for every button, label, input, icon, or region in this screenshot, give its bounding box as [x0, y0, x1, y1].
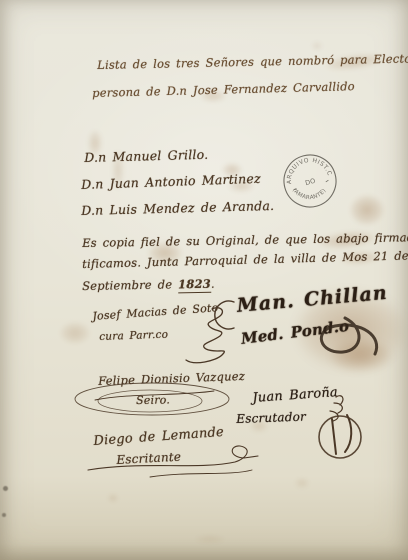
diego-underline-second — [150, 470, 252, 477]
ink-stain — [312, 42, 322, 50]
edge-speck — [2, 513, 6, 517]
scanned-manuscript: Lista de los tres Señores que nombró par… — [0, 0, 408, 560]
edge-speck — [3, 486, 8, 491]
certification-line-2: tificamos. Junta Parroquial de la villa … — [82, 248, 408, 271]
paper-sheet: Lista de los tres Señores que nombró par… — [0, 0, 408, 560]
signature-felipe-name: Felipe Dionisio Vazquez — [98, 369, 245, 388]
ink-smudge-large — [330, 340, 392, 372]
signature-diego-title: Escritante — [116, 450, 181, 467]
signature-diego-name: Diego de Lemande — [93, 425, 224, 449]
stamp-center-text: DO — [304, 177, 316, 187]
signature-felipe-title: Seiro. — [136, 393, 170, 407]
stamp-arc-top-text: ARQUIVO HIST.CO — [273, 144, 333, 190]
elector-name-1: D.n Manuel Grillo. — [84, 147, 208, 165]
ink-stain — [108, 494, 118, 502]
ink-stain — [350, 195, 384, 225]
signature-cura-title: cura Parr.co — [99, 329, 168, 343]
signature-juan-name: Juan Baroña — [252, 385, 338, 406]
elector-name-3: D.n Luis Mendez de Aranda. — [81, 198, 274, 218]
signature-cura-name: Josef Macias de Soto — [92, 301, 219, 323]
certification-date-suffix: . — [211, 277, 215, 291]
certification-line-1: Es copia fiel de su Original, de que los… — [82, 229, 408, 250]
certification-line-3: Septiembre de 1823. — [82, 277, 215, 293]
signature-juan-title: Escrutador — [236, 410, 306, 426]
juan-monogram-ring — [319, 416, 361, 458]
ink-stain — [295, 478, 309, 488]
ink-stain — [195, 535, 225, 543]
ink-stain — [60, 322, 90, 344]
certification-year: 1823 — [178, 277, 211, 294]
juan-monogram-strokes — [332, 415, 351, 454]
archive-stamp: ARQUIVO HIST.CO DO (AMARANTE) — [273, 144, 346, 217]
heading-line-1: Lista de los tres Señores que nombró par… — [97, 51, 408, 72]
certification-date-prefix: Septiembre de — [82, 277, 178, 293]
